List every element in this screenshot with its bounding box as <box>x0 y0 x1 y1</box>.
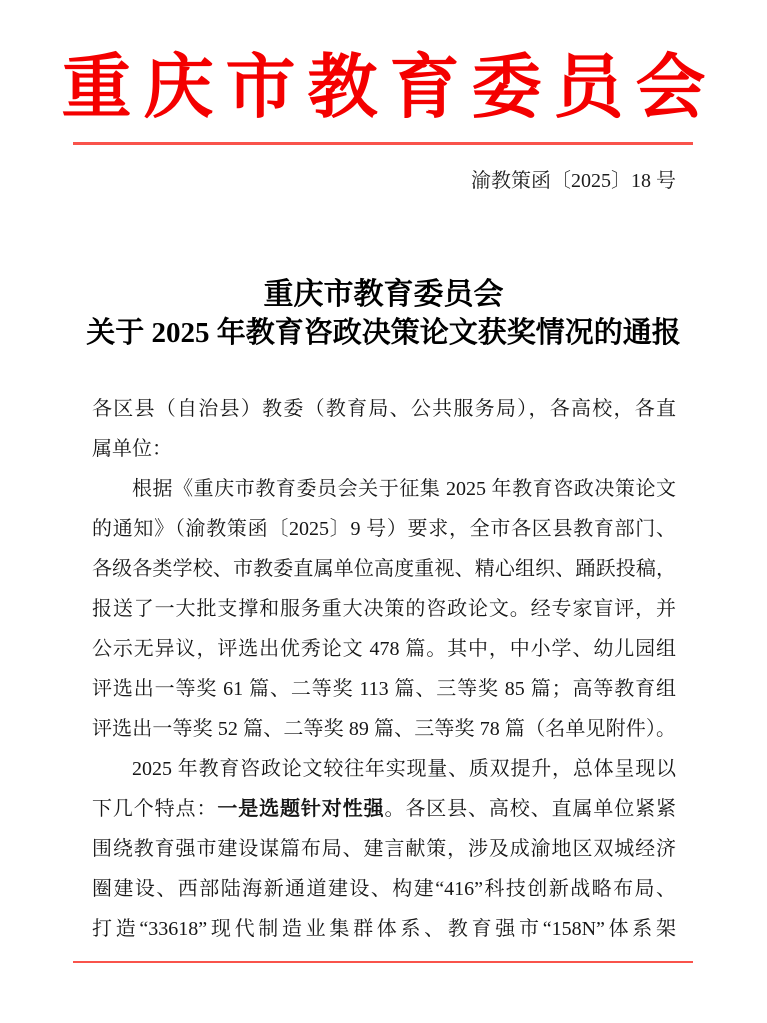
body-line-segment-pre: 下几个特点： <box>92 798 217 820</box>
body-line-salutation-2: 属单位： <box>92 429 676 469</box>
body-line: 2025 年教育咨政论文较往年实现量、质双提升，总体呈现以 <box>92 749 676 789</box>
body-line-segment-post: 。各区县、高校、直属单位紧紧 <box>384 798 676 820</box>
doc-title-line1: 重庆市教育委员会 <box>0 276 767 314</box>
footer-red-rule <box>73 961 693 963</box>
body-line: 评选出一等奖 52 篇、二等奖 89 篇、三等奖 78 篇（名单见附件）。 <box>92 709 676 749</box>
body-line: 围绕教育强市建设谋篇布局、建言献策，涉及成渝地区双城经济 <box>92 829 676 869</box>
doc-title-line2: 关于 2025 年教育咨政决策论文获奖情况的通报 <box>0 314 767 352</box>
body-line: 打造“33618”现代制造业集群体系、教育强市“158N”体系架 <box>92 909 676 949</box>
body-line: 根据《重庆市教育委员会关于征集 2025 年教育咨政决策论文 <box>92 469 676 509</box>
doc-body: 各区县（自治县）教委（教育局、公共服务局），各高校，各直 属单位： 根据《重庆市… <box>92 389 676 949</box>
body-line: 公示无异议，评选出优秀论文 478 篇。其中，中小学、幼儿园组 <box>92 629 676 669</box>
letterhead-org-name: 重庆市教育委员会 <box>0 40 767 138</box>
letterhead-red-rule-top <box>73 142 693 145</box>
body-line-salutation-1: 各区县（自治县）教委（教育局、公共服务局），各高校，各直 <box>92 389 676 429</box>
document-page: 重庆市教育委员会 渝教策函〔2025〕18 号 重庆市教育委员会 关于 2025… <box>0 0 767 1023</box>
body-line: 评选出一等奖 61 篇、二等奖 113 篇、三等奖 85 篇；高等教育组 <box>92 669 676 709</box>
body-line: 报送了一大批支撑和服务重大决策的咨政论文。经专家盲评，并 <box>92 589 676 629</box>
body-line: 各级各类学校、市教委直属单位高度重视、精心组织、踊跃投稿， <box>92 549 676 589</box>
body-line: 圈建设、西部陆海新通道建设、构建“416”科技创新战略布局、 <box>92 869 676 909</box>
doc-title: 重庆市教育委员会 关于 2025 年教育咨政决策论文获奖情况的通报 <box>0 276 767 352</box>
body-line-with-bold: 下几个特点：一是选题针对性强。各区县、高校、直属单位紧紧 <box>92 789 676 829</box>
body-line-segment-bold: 一是选题针对性强 <box>217 798 384 820</box>
body-line: 的通知》（渝教策函〔2025〕9 号）要求，全市各区县教育部门、 <box>92 509 676 549</box>
doc-reference-number: 渝教策函〔2025〕18 号 <box>92 166 676 196</box>
